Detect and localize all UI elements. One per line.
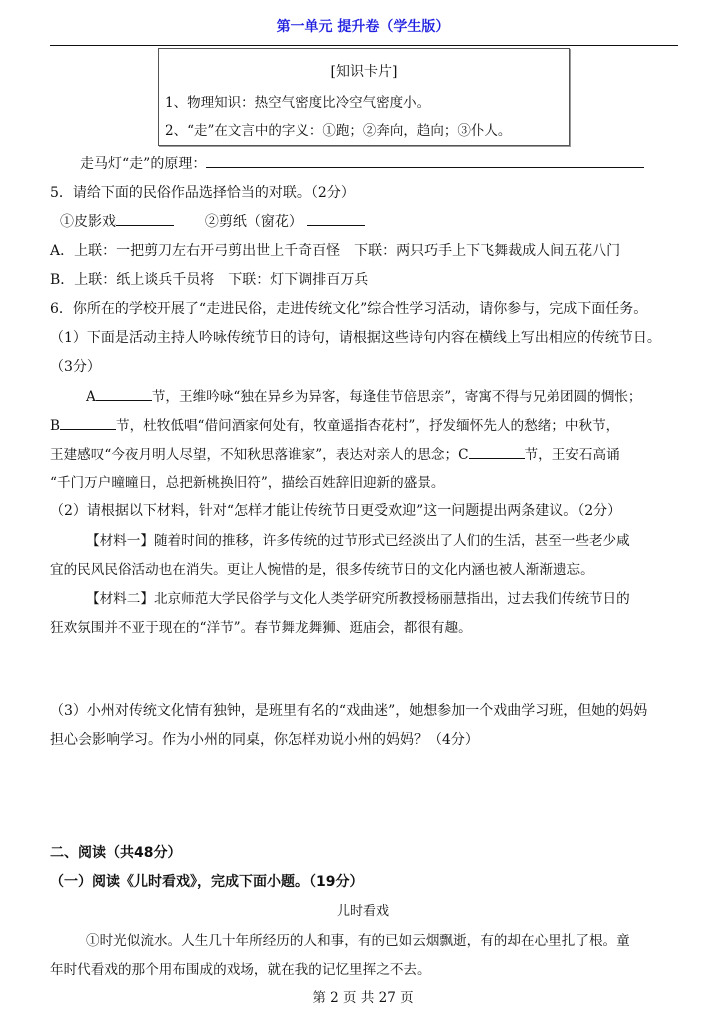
q6-sub2-stem: （2）请根据以下材料，针对“怎样才能让传统节日更受欢迎”这一问题提出两条建议。（… bbox=[50, 500, 621, 520]
festival-blank-a[interactable] bbox=[96, 386, 152, 401]
article-para1-line1: ①时光似流水。人生几十年所经历的人和事，有的已如云烟飘逝，有的却在心里扎了根。童 bbox=[86, 929, 630, 949]
header-divider bbox=[50, 45, 678, 46]
material1-line2: 宜的民风民俗活动也在消失。更让人惋惜的是，很多传统节日的文化内涵也被人渐渐遗忘。 bbox=[50, 558, 594, 578]
knowledge-card-item: 1、物理知识：热空气密度比冷空气密度小。 bbox=[165, 91, 430, 111]
section2-title: 二、阅读（共48分） bbox=[50, 842, 181, 862]
q5-option-a: A．上联：一把剪刀左右开弓剪出世上千奇百怪 下联：两只巧手上下飞舞裁成人间五花八… bbox=[50, 240, 620, 260]
line3-text: 王建感叹“今夜月明人尽望，不知秋思落谁家”，表达对亲人的思念；C bbox=[50, 447, 469, 463]
knowledge-card-title: [知识卡片] bbox=[159, 61, 569, 81]
blank-label-b: B bbox=[50, 418, 60, 434]
q4-answer-line: 走马灯“走”的原理： bbox=[80, 153, 644, 173]
q4-answer-blank[interactable] bbox=[206, 153, 644, 168]
page-footer: 第 2 页 共 27 页 bbox=[0, 986, 726, 1006]
q5-stem: 5．请给下面的民俗作品选择恰当的对联。（2分） bbox=[50, 182, 355, 202]
q6-sub1-line3: 王建感叹“今夜月明人尽望，不知秋思落谁家”，表达对亲人的思念；C节，王安石高诵 bbox=[50, 443, 620, 463]
q6-sub1-stem: （1）下面是活动主持人吟咏传统节日的诗句，请根据这些诗句内容在横线上写出相应的传… bbox=[50, 327, 661, 347]
q5-blank1[interactable] bbox=[116, 211, 174, 226]
knowledge-card: [知识卡片] 1、物理知识：热空气密度比冷空气密度小。 2、“走”在文言中的字义… bbox=[158, 48, 570, 146]
q6-sub1-line1: A节，王维吟咏“独在异乡为异客，每逢佳节倍思亲”，寄寓不得与兄弟团圆的惆怅； bbox=[86, 385, 642, 405]
page-header-title: 第一单元 提升卷（学生版） bbox=[0, 16, 726, 36]
q5-blanks: ①皮影戏 ②剪纸（窗花） bbox=[60, 211, 365, 231]
line3-tail: 节，王安石高诵 bbox=[525, 447, 620, 463]
q5-option-b: B．上联：纸上谈兵千员将 下联：灯下调排百万兵 bbox=[50, 269, 368, 289]
article-para1-line2: 年时代看戏的那个用布围成的戏场，就在我的记忆里挥之不去。 bbox=[50, 958, 431, 978]
q6-sub3-line1: （3）小州对传统文化情有独钟，是班里有名的“戏曲迷”，她想参加一个戏曲学习班，但… bbox=[50, 700, 647, 720]
material1-line1: 【材料一】随着时间的推移，许多传统的过节形式已经淡出了人们的生活，甚至一些老少咸 bbox=[86, 529, 630, 549]
blank-label-a: A bbox=[86, 389, 96, 405]
q6-sub1-line2: B节，杜牧低唱“借问酒家何处有，牧童遥指杏花村”，抒发缅怀先人的愁绪；中秋节， bbox=[50, 414, 619, 434]
line2-text: 节，杜牧低唱“借问酒家何处有，牧童遥指杏花村”，抒发缅怀先人的愁绪；中秋节， bbox=[116, 418, 619, 434]
festival-blank-c[interactable] bbox=[469, 444, 525, 459]
q6-stem: 6．你所在的学校开展了“走进民俗，走进传统文化”综合性学习活动，请你参与，完成下… bbox=[50, 298, 647, 318]
festival-blank-b[interactable] bbox=[60, 415, 116, 430]
q5-blank2-label: ②剪纸（窗花） bbox=[205, 214, 303, 230]
q6-sub1-line4: “千门万户曈曈日，总把新桃换旧符”，描绘百姓辞旧迎新的盛景。 bbox=[50, 471, 445, 491]
material2-line1: 【材料二】北京师范大学民俗学与文化人类学研究所教授杨丽慧指出，过去我们传统节日的 bbox=[86, 587, 630, 607]
knowledge-card-item: 2、“走”在文言中的字义：①跑；②奔向，趋向；③仆人。 bbox=[165, 119, 511, 139]
material2-line2: 狂欢氛围并不亚于现在的“洋节”。春节舞龙舞狮、逛庙会，都很有趣。 bbox=[50, 616, 472, 636]
article-title: 儿时看戏 bbox=[0, 900, 726, 919]
section2-subtitle: （一）阅读《儿时看戏》，完成下面小题。（19分） bbox=[50, 871, 363, 891]
q6-sub3-line2: 担心会影响学习。作为小州的同桌，你怎样劝说小州的妈妈？（4分） bbox=[50, 729, 479, 749]
line1-text: 节，王维吟咏“独在异乡为异客，每逢佳节倍思亲”，寄寓不得与兄弟团圆的惆怅； bbox=[152, 389, 642, 405]
q6-sub1-score: （3分） bbox=[50, 356, 101, 376]
q5-blank2[interactable] bbox=[307, 211, 365, 226]
q5-blank1-label: ①皮影戏 bbox=[60, 214, 116, 230]
q4-prompt: 走马灯“走”的原理： bbox=[80, 156, 206, 172]
